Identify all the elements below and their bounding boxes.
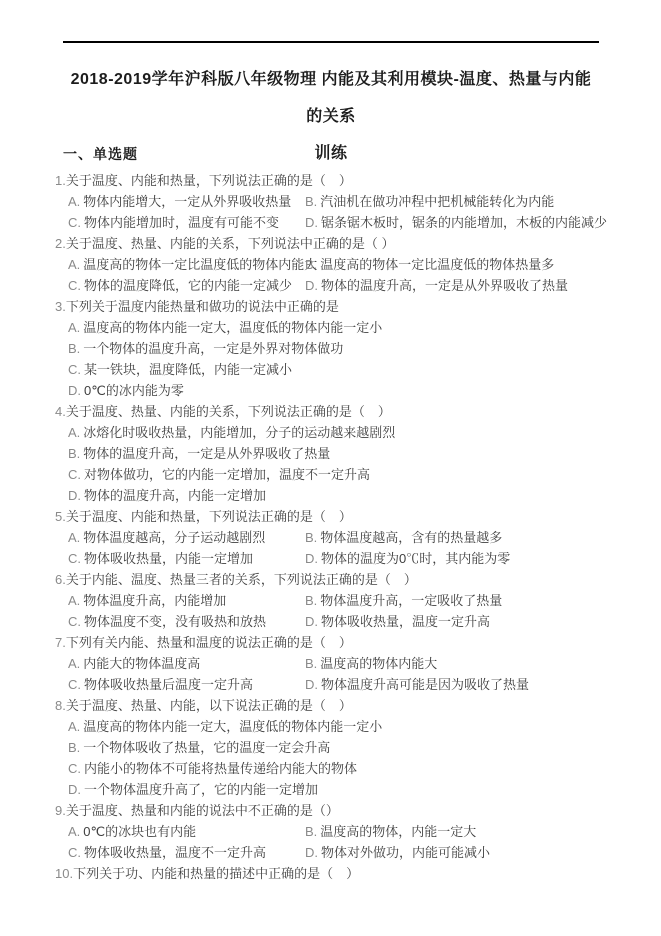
option-label: A. [68,719,80,734]
option-row: A.温度高的物体内能一定大，温度低的物体内能一定小 [55,716,651,737]
option-label: A. [68,257,80,272]
option-text: 对物体做功，它的内能一定增加，温度不一定升高 [84,467,370,482]
option-D: D.0℃的冰内能为零 [68,380,184,401]
option-label: A. [68,194,80,209]
option-text: 温度高的物体内能一定大，温度低的物体内能一定小 [83,719,382,734]
option-C: C.物体的温度降低，它的内能一定减少 [68,275,305,296]
question-3: 3.下列关于温度内能热量和做功的说法中正确的是A.温度高的物体内能一定大，温度低… [55,296,651,401]
option-B: B.温度高的物体一定比温度低的物体热量多 [305,254,554,275]
option-text: 内能大的物体温度高 [83,656,200,671]
option-text: 物体的温度升高，一定是从外界吸收了热量 [321,278,568,293]
header-rule [63,41,599,43]
question-text: 关于温度、内能和热量，下列说法正确的是（ ） [66,173,352,188]
option-label: A. [68,593,80,608]
option-text: 物体的温度升高，一定是从外界吸收了热量 [83,446,330,461]
option-A: A.0℃的冰块也有内能 [68,821,305,842]
option-row: C.内能小的物体不可能将热量传递给内能大的物体 [55,758,651,779]
question-number: 9. [55,803,66,818]
option-row: B.一个物体吸收了热量，它的温度一定会升高 [55,737,651,758]
option-B: B.温度高的物体，内能一定大 [305,821,476,842]
option-label: C. [68,614,81,629]
question-4: 4.关于温度、热量、内能的关系，下列说法正确的是（ ）A.冰熔化时吸收热量，内能… [55,401,651,506]
option-text: 物体内能增加时，温度有可能不变 [84,215,279,230]
question-number: 5. [55,509,66,524]
option-label: C. [68,551,81,566]
option-A: A.物体温度升高，内能增加 [68,590,305,611]
option-text: 物体对外做功，内能可能减小 [321,845,490,860]
option-label: C. [68,677,81,692]
option-label: D. [68,488,81,503]
option-row: B.物体的温度升高，一定是从外界吸收了热量 [55,443,651,464]
option-text: 温度高的物体一定比温度低的物体热量多 [320,257,554,272]
question-8: 8.关于温度、热量、内能，以下说法正确的是（ ）A.温度高的物体内能一定大，温度… [55,695,651,800]
option-text: 一个物体温度升高了，它的内能一定增加 [84,782,318,797]
option-row: A.内能大的物体温度高B.温度高的物体内能大 [55,653,651,674]
option-text: 一个物体吸收了热量，它的温度一定会升高 [83,740,330,755]
option-text: 物体的温度降低，它的内能一定减少 [84,278,292,293]
option-text: 一个物体的温度升高，一定是外界对物体做功 [83,341,343,356]
option-row: C.物体内能增加时，温度有可能不变D.锯条锯木板时，锯条的内能增加，木板的内能减… [55,212,651,233]
option-text: 温度高的物体，内能一定大 [320,824,476,839]
question-9: 9.关于温度、热量和内能的说法中不正确的是（）A.0℃的冰块也有内能B.温度高的… [55,800,651,863]
option-text: 物体吸收热量后温度一定升高 [84,677,253,692]
option-text: 物体吸收热量，温度一定升高 [321,614,490,629]
option-label: D. [305,551,318,566]
question-4-stem: 4.关于温度、热量、内能的关系，下列说法正确的是（ ） [55,401,651,422]
question-text: 关于内能、温度、热量三者的关系，下列说法正确的是（ ） [66,572,417,587]
question-text: 关于温度、内能和热量，下列说法正确的是（ ） [66,509,352,524]
option-label: C. [68,845,81,860]
option-text: 温度高的物体一定比温度低的物体内能大 [83,257,317,272]
option-D: D.物体的温度升高，一定是从外界吸收了热量 [305,275,568,296]
option-text: 温度高的物体内能大 [320,656,437,671]
option-text: 温度高的物体内能一定大，温度低的物体内能一定小 [83,320,382,335]
option-text: 物体温度升高可能是因为吸收了热量 [321,677,529,692]
option-label: A. [68,656,80,671]
option-label: D. [305,845,318,860]
option-label: B. [305,530,317,545]
option-B: B.汽油机在做功冲程中把机械能转化为内能 [305,191,554,212]
option-B: B.一个物体吸收了热量，它的温度一定会升高 [68,737,330,758]
option-label: D. [305,215,318,230]
option-A: A.物体温度越高，分子运动越剧烈 [68,527,305,548]
option-text: 物体的温度为0℃时，其内能为零 [321,551,510,566]
section-heading: 一、单选题 [63,144,138,165]
option-text: 物体温度不变，没有吸热和放热 [84,614,266,629]
option-A: A.温度高的物体内能一定大，温度低的物体内能一定小 [68,317,382,338]
option-C: C.内能小的物体不可能将热量传递给内能大的物体 [68,758,357,779]
option-row: C.物体吸收热量，内能一定增加D.物体的温度为0℃时，其内能为零 [55,548,651,569]
option-A: A.内能大的物体温度高 [68,653,305,674]
option-text: 0℃的冰内能为零 [84,383,184,398]
option-D: D.物体的温度升高，内能一定增加 [68,485,266,506]
question-number: 6. [55,572,66,587]
option-label: B. [68,740,80,755]
option-row: C.物体的温度降低，它的内能一定减少D.物体的温度升高，一定是从外界吸收了热量 [55,275,651,296]
option-row: C.某一铁块，温度降低，内能一定减小 [55,359,651,380]
option-text: 物体温度升高，一定吸收了热量 [320,593,502,608]
option-row: A.温度高的物体内能一定大，温度低的物体内能一定小 [55,317,651,338]
option-B: B.温度高的物体内能大 [305,653,437,674]
option-text: 物体内能增大，一定从外界吸收热量 [83,194,291,209]
option-row: C.物体温度不变，没有吸热和放热D.物体吸收热量，温度一定升高 [55,611,651,632]
question-text: 下列关于功、内能和热量的描述中正确的是（ ） [73,866,359,881]
question-text: 下列关于温度内能热量和做功的说法中正确的是 [66,299,339,314]
option-text: 物体温度升高，内能增加 [83,593,226,608]
option-row: C.对物体做功，它的内能一定增加，温度不一定升高 [55,464,651,485]
option-label: D. [68,383,81,398]
document-title: 2018-2019学年沪科版八年级物理 内能及其利用模块-温度、热量与内能的关系… [63,61,599,172]
question-number: 3. [55,299,66,314]
option-D: D.物体的温度为0℃时，其内能为零 [305,548,510,569]
option-A: A.冰熔化时吸收热量，内能增加，分子的运动越来越剧烈 [68,422,395,443]
question-list: 1.关于温度、内能和热量，下列说法正确的是（ ）A.物体内能增大，一定从外界吸收… [55,170,651,884]
option-label: B. [305,656,317,671]
option-label: A. [68,530,80,545]
option-label: B. [305,257,317,272]
question-2-stem: 2.关于温度、热量、内能的关系，下列说法中正确的是（ ） [55,233,651,254]
option-D: D.物体温度升高可能是因为吸收了热量 [305,674,529,695]
option-label: C. [68,362,81,377]
option-label: D. [305,614,318,629]
option-text: 物体的温度升高，内能一定增加 [84,488,266,503]
option-row: A.温度高的物体一定比温度低的物体内能大B.温度高的物体一定比温度低的物体热量多 [55,254,651,275]
question-number: 2. [55,236,66,251]
option-label: B. [68,446,80,461]
question-number: 10. [55,866,73,881]
option-D: D.锯条锯木板时，锯条的内能增加，木板的内能减少 [305,212,607,233]
option-label: B. [305,194,317,209]
question-8-stem: 8.关于温度、热量、内能，以下说法正确的是（ ） [55,695,651,716]
option-label: B. [305,824,317,839]
question-text: 关于温度、热量、内能的关系，下列说法中正确的是（ ） [66,236,395,251]
question-7-stem: 7.下列有关内能、热量和温度的说法正确的是（ ） [55,632,651,653]
option-text: 某一铁块，温度降低，内能一定减小 [84,362,292,377]
option-text: 物体吸收热量，内能一定增加 [84,551,253,566]
option-label: B. [68,341,80,356]
question-10: 10.下列关于功、内能和热量的描述中正确的是（ ） [55,863,651,884]
option-C: C.物体吸收热量，内能一定增加 [68,548,305,569]
option-row: C.物体吸收热量后温度一定升高D.物体温度升高可能是因为吸收了热量 [55,674,651,695]
option-text: 物体温度越高，含有的热量越多 [320,530,502,545]
option-C: C.物体内能增加时，温度有可能不变 [68,212,305,233]
option-row: A.物体内能增大，一定从外界吸收热量B.汽油机在做功冲程中把机械能转化为内能 [55,191,651,212]
option-row: A.物体温度升高，内能增加B.物体温度升高，一定吸收了热量 [55,590,651,611]
question-text: 关于温度、热量和内能的说法中不正确的是（） [66,803,339,818]
option-text: 汽油机在做功冲程中把机械能转化为内能 [320,194,554,209]
option-text: 内能小的物体不可能将热量传递给内能大的物体 [84,761,357,776]
option-text: 物体吸收热量，温度不一定升高 [84,845,266,860]
option-A: A.温度高的物体一定比温度低的物体内能大 [68,254,305,275]
option-row: A.物体温度越高，分子运动越剧烈B.物体温度越高，含有的热量越多 [55,527,651,548]
option-C: C.某一铁块，温度降低，内能一定减小 [68,359,292,380]
option-text: 物体温度越高，分子运动越剧烈 [83,530,265,545]
option-text: 锯条锯木板时，锯条的内能增加，木板的内能减少 [321,215,607,230]
question-number: 4. [55,404,66,419]
option-label: A. [68,320,80,335]
option-label: D. [305,677,318,692]
option-label: C. [68,761,81,776]
title-line-2: 训练 [63,135,599,172]
question-number: 1. [55,173,66,188]
option-C: C.物体吸收热量，温度不一定升高 [68,842,305,863]
question-number: 7. [55,635,66,650]
question-7: 7.下列有关内能、热量和温度的说法正确的是（ ）A.内能大的物体温度高B.温度高… [55,632,651,695]
option-row: C.物体吸收热量，温度不一定升高D.物体对外做功，内能可能减小 [55,842,651,863]
question-number: 8. [55,698,66,713]
option-row: A.冰熔化时吸收热量，内能增加，分子的运动越来越剧烈 [55,422,651,443]
question-5-stem: 5.关于温度、内能和热量，下列说法正确的是（ ） [55,506,651,527]
question-1-stem: 1.关于温度、内能和热量，下列说法正确的是（ ） [55,170,651,191]
option-D: D.物体吸收热量，温度一定升高 [305,611,490,632]
option-D: D.一个物体温度升高了，它的内能一定增加 [68,779,318,800]
option-label: B. [305,593,317,608]
question-10-stem: 10.下列关于功、内能和热量的描述中正确的是（ ） [55,863,651,884]
option-label: C. [68,467,81,482]
option-B: B.物体温度越高，含有的热量越多 [305,527,502,548]
option-B: B.一个物体的温度升高，一定是外界对物体做功 [68,338,343,359]
question-text: 下列有关内能、热量和温度的说法正确的是（ ） [66,635,352,650]
option-label: C. [68,215,81,230]
option-label: C. [68,278,81,293]
option-label: A. [68,425,80,440]
document-page: 2018-2019学年沪科版八年级物理 内能及其利用模块-温度、热量与内能的关系… [0,0,661,936]
question-1: 1.关于温度、内能和热量，下列说法正确的是（ ）A.物体内能增大，一定从外界吸收… [55,170,651,233]
question-9-stem: 9.关于温度、热量和内能的说法中不正确的是（） [55,800,651,821]
option-B: B.物体的温度升高，一定是从外界吸收了热量 [68,443,330,464]
option-label: D. [68,782,81,797]
option-label: D. [305,278,318,293]
option-label: A. [68,824,80,839]
option-A: A.温度高的物体内能一定大，温度低的物体内能一定小 [68,716,382,737]
option-row: D.物体的温度升高，内能一定增加 [55,485,651,506]
option-row: B.一个物体的温度升高，一定是外界对物体做功 [55,338,651,359]
option-D: D.物体对外做功，内能可能减小 [305,842,490,863]
option-B: B.物体温度升高，一定吸收了热量 [305,590,502,611]
option-row: A.0℃的冰块也有内能B.温度高的物体，内能一定大 [55,821,651,842]
question-5: 5.关于温度、内能和热量，下列说法正确的是（ ）A.物体温度越高，分子运动越剧烈… [55,506,651,569]
title-line-1: 2018-2019学年沪科版八年级物理 内能及其利用模块-温度、热量与内能的关系 [63,61,599,135]
option-row: D.0℃的冰内能为零 [55,380,651,401]
option-text: 冰熔化时吸收热量，内能增加，分子的运动越来越剧烈 [83,425,395,440]
option-text: 0℃的冰块也有内能 [83,824,196,839]
option-row: D.一个物体温度升高了，它的内能一定增加 [55,779,651,800]
question-6: 6.关于内能、温度、热量三者的关系，下列说法正确的是（ ）A.物体温度升高，内能… [55,569,651,632]
option-C: C.物体吸收热量后温度一定升高 [68,674,305,695]
question-text: 关于温度、热量、内能的关系，下列说法正确的是（ ） [66,404,391,419]
option-A: A.物体内能增大，一定从外界吸收热量 [68,191,305,212]
question-text: 关于温度、热量、内能，以下说法正确的是（ ） [66,698,352,713]
question-3-stem: 3.下列关于温度内能热量和做功的说法中正确的是 [55,296,651,317]
question-2: 2.关于温度、热量、内能的关系，下列说法中正确的是（ ）A.温度高的物体一定比温… [55,233,651,296]
option-C: C.物体温度不变，没有吸热和放热 [68,611,305,632]
option-C: C.对物体做功，它的内能一定增加，温度不一定升高 [68,464,370,485]
question-6-stem: 6.关于内能、温度、热量三者的关系，下列说法正确的是（ ） [55,569,651,590]
